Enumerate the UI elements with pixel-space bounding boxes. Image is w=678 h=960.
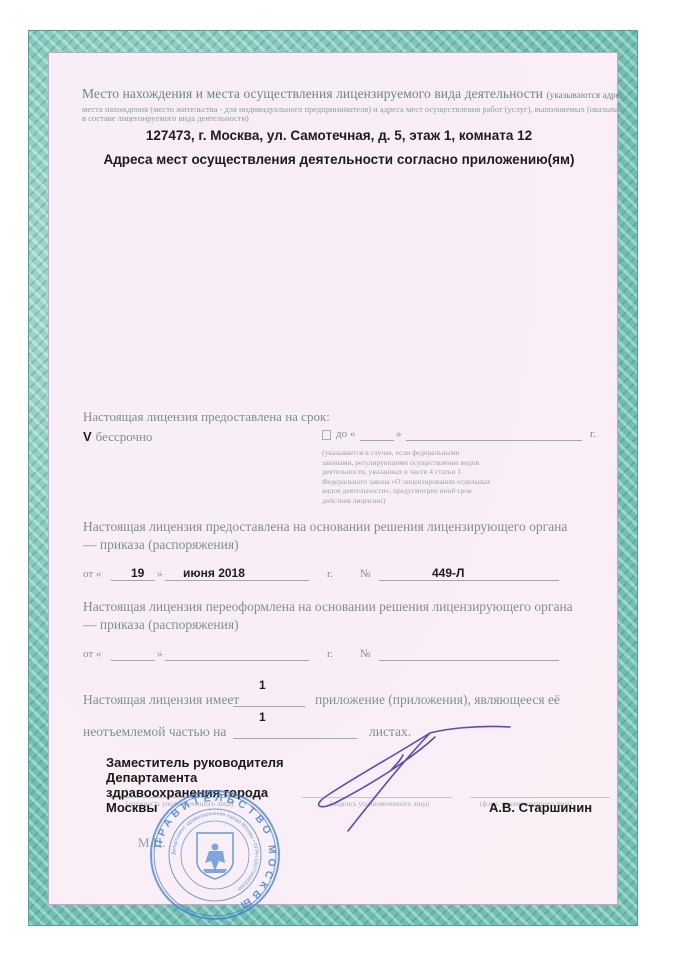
grant-year-suffix: г. (327, 568, 333, 580)
term-until-note: (указывается в случае, если федеральными… (322, 448, 492, 505)
reissue-month-line (165, 660, 309, 661)
term-until-date-line (406, 440, 582, 441)
activity-addresses-note: Адреса мест осуществления деятельности с… (0, 152, 678, 167)
term-until-row: до « » г. (322, 428, 602, 444)
term-indefinite: V бессрочно (83, 428, 152, 446)
reissue-from-label: от « (83, 648, 101, 660)
reissue-date-row: от « » г. № (83, 646, 583, 664)
handwritten-signature (300, 725, 520, 835)
reissue-text-2: — приказа (распоряжения) (83, 617, 239, 633)
signer-position-line-1: Заместитель руководителя (106, 755, 284, 770)
location-heading: Место нахождения и места осуществления л… (82, 86, 624, 102)
term-until-checkbox (322, 430, 331, 440)
reissue-number-label: № (360, 648, 371, 660)
term-label: Настоящая лицензия предоставлена на срок… (83, 409, 330, 425)
location-heading-note: (указываются адрес (547, 90, 625, 100)
signer-position-line-2: Департамента (106, 770, 284, 785)
appendix-text-line-2: неотъемлемой частью на (83, 724, 226, 740)
term-until-label: до « (336, 428, 355, 440)
appendix-text-after: приложение (приложения), являющееся её (315, 692, 560, 708)
term-until-quote: » (396, 428, 402, 440)
location-fine-print-2: в составе лицензируемого вида деятельнос… (82, 113, 249, 123)
grant-text-2: — приказа (распоряжения) (83, 537, 239, 553)
grant-day: 19 (131, 566, 144, 580)
grant-number-line (379, 580, 559, 581)
license-address: 127473, г. Москва, ул. Самотечная, д. 5,… (0, 128, 678, 143)
grant-text-1: Настоящая лицензия предоставлена на осно… (83, 519, 567, 535)
appendix-sheets: 1 (259, 710, 266, 724)
official-stamp: ПРАВИТЕЛЬСТВО МОСКВЫ Департамент здравоо… (145, 785, 285, 925)
term-indefinite-label: бессрочно (96, 429, 153, 444)
reissue-text-1: Настоящая лицензия переоформлена на осно… (83, 599, 573, 615)
appendix-count: 1 (259, 678, 266, 692)
grant-month-year: июня 2018 (183, 566, 245, 580)
checkmark-icon: V (83, 429, 92, 444)
appendix-text-before: Настоящая лицензия имеет (83, 692, 239, 708)
grant-day-line (111, 580, 155, 581)
location-heading-text: Место нахождения и места осуществления л… (82, 86, 543, 101)
grant-from-label: от « (83, 568, 101, 580)
grant-number: 449-Л (432, 566, 464, 580)
term-until-year-suffix: г. (590, 428, 596, 440)
grant-day-close: » (157, 568, 163, 580)
appendix-count-line (233, 706, 305, 707)
grant-date-row: от « 19 » июня 2018 г. № 449-Л (83, 566, 583, 584)
reissue-year-suffix: г. (327, 648, 333, 660)
grant-number-label: № (360, 568, 371, 580)
reissue-day-close: » (157, 648, 163, 660)
reissue-day-line (111, 660, 155, 661)
grant-month-line (165, 580, 309, 581)
term-until-day-line (360, 440, 394, 441)
reissue-number-line (379, 660, 559, 661)
